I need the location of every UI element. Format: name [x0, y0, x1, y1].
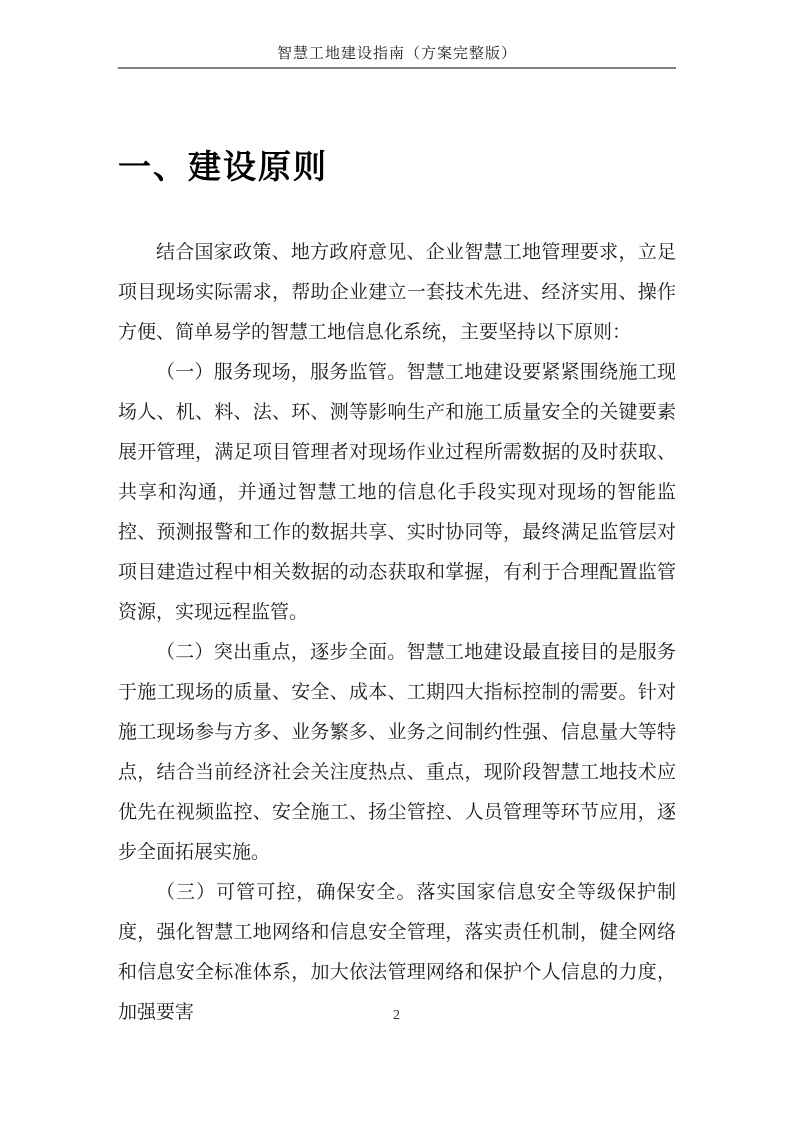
header-rule [118, 67, 676, 69]
paragraph-principle-1: （一）服务现场，服务监管。智慧工地建设要紧紧围绕施工现场人、机、料、法、环、测等… [118, 353, 676, 633]
page-footer: 2 [0, 1008, 793, 1024]
document-body: 结合国家政策、地方政府意见、企业智慧工地管理要求，立足项目现场实际需求，帮助企业… [118, 233, 676, 1033]
document-page: 智慧工地建设指南（方案完整版） 一、建设原则 结合国家政策、地方政府意见、企业智… [0, 0, 793, 1122]
page-header: 智慧工地建设指南（方案完整版） [118, 0, 676, 69]
page-header-title: 智慧工地建设指南（方案完整版） [118, 42, 676, 67]
section-heading: 一、建设原则 [118, 149, 676, 185]
paragraph-intro: 结合国家政策、地方政府意见、企业智慧工地管理要求，立足项目现场实际需求，帮助企业… [118, 233, 676, 353]
paragraph-principle-2: （二）突出重点，逐步全面。智慧工地建设最直接目的是服务于施工现场的质量、安全、成… [118, 633, 676, 873]
page-number: 2 [393, 1008, 400, 1023]
